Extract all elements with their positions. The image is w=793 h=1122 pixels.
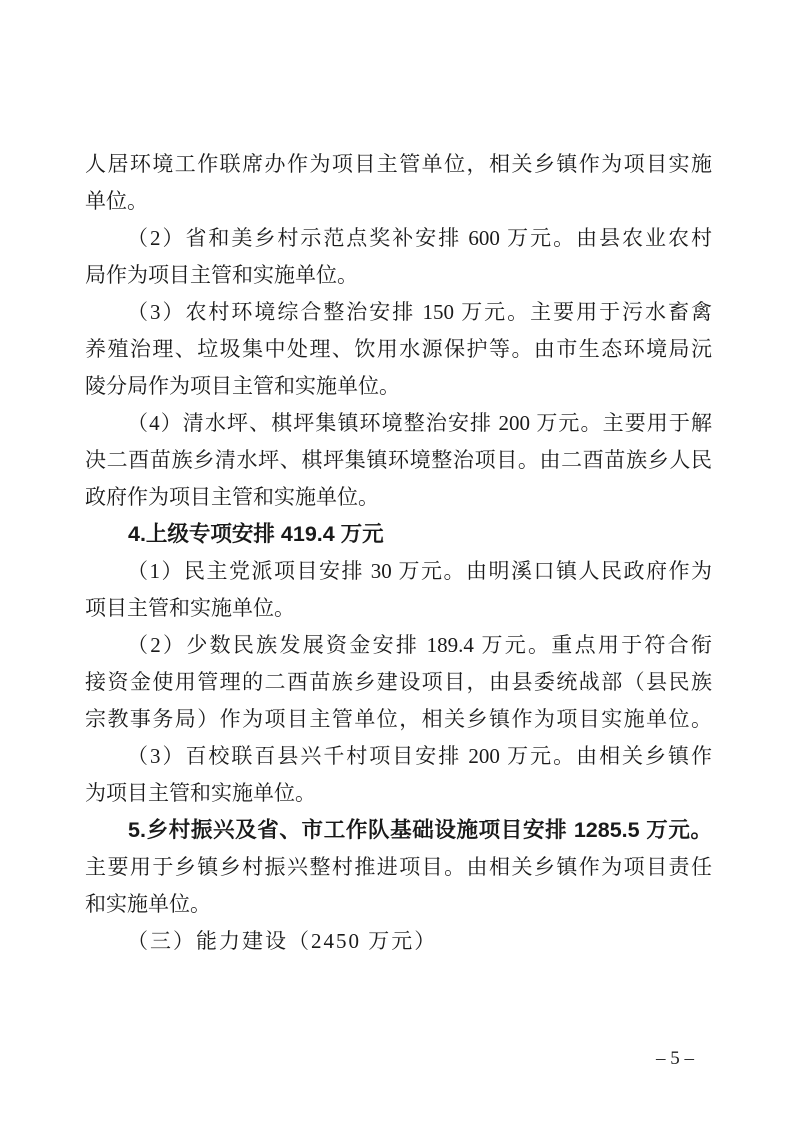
document-page: 人居环境工作联席办作为项目主管单位，相关乡镇作为项目实施单位。（2）省和美乡村示… — [0, 0, 793, 1122]
document-body: 人居环境工作联席办作为项目主管单位，相关乡镇作为项目实施单位。（2）省和美乡村示… — [85, 146, 712, 960]
page-number: – 5 – — [635, 1046, 715, 1072]
text-line: 宗教事务局）作为项目主管单位，相关乡镇作为项目实施单位。 — [85, 701, 712, 738]
paragraph: （2）省和美乡村示范点奖补安排 600 万元。由县农业农村局作为项目主管和实施单… — [85, 220, 712, 294]
text-line: （2）少数民族发展资金安排 189.4 万元。重点用于符合衔 — [85, 627, 712, 664]
text-line: 接资金使用管理的二酉苗族乡建设项目，由县委统战部（县民族 — [85, 664, 712, 701]
paragraph: （三）能力建设（2450 万元） — [85, 923, 712, 960]
paragraph: （4）清水坪、棋坪集镇环境整治安排 200 万元。主要用于解决二酉苗族乡清水坪、… — [85, 405, 712, 516]
paragraph: 4.上级专项安排 419.4 万元 — [85, 516, 712, 553]
text-line: 养殖治理、垃圾集中处理、饮用水源保护等。由市生态环境局沅 — [85, 331, 712, 368]
text-line: 为项目主管和实施单位。 — [85, 775, 712, 812]
text-line: 局作为项目主管和实施单位。 — [85, 257, 712, 294]
text-line: 决二酉苗族乡清水坪、棋坪集镇环境整治项目。由二酉苗族乡人民 — [85, 442, 712, 479]
text-line: 人居环境工作联席办作为项目主管单位，相关乡镇作为项目实施 — [85, 146, 712, 183]
paragraph: （3）百校联百县兴千村项目安排 200 万元。由相关乡镇作为项目主管和实施单位。 — [85, 738, 712, 812]
paragraph: （1）民主党派项目安排 30 万元。由明溪口镇人民政府作为项目主管和实施单位。 — [85, 553, 712, 627]
text-line: （2）省和美乡村示范点奖补安排 600 万元。由县农业农村 — [85, 220, 712, 257]
paragraph: 人居环境工作联席办作为项目主管单位，相关乡镇作为项目实施单位。 — [85, 146, 712, 220]
paragraph: （2）少数民族发展资金安排 189.4 万元。重点用于符合衔接资金使用管理的二酉… — [85, 627, 712, 738]
paragraph: （3）农村环境综合整治安排 150 万元。主要用于污水畜禽养殖治理、垃圾集中处理… — [85, 294, 712, 405]
text-line: （3）农村环境综合整治安排 150 万元。主要用于污水畜禽 — [85, 294, 712, 331]
text-line: 单位。 — [85, 183, 712, 220]
text-line: 项目主管和实施单位。 — [85, 590, 712, 627]
text-line: 主要用于乡镇乡村振兴整村推进项目。由相关乡镇作为项目责任 — [85, 849, 712, 886]
text-line: 陵分局作为项目主管和实施单位。 — [85, 368, 712, 405]
text-line: 和实施单位。 — [85, 886, 712, 923]
text-line: （3）百校联百县兴千村项目安排 200 万元。由相关乡镇作 — [85, 738, 712, 775]
text-line: 5.乡村振兴及省、市工作队基础设施项目安排 1285.5 万元。 — [85, 812, 712, 849]
text-line: 4.上级专项安排 419.4 万元 — [85, 516, 712, 553]
text-line: （1）民主党派项目安排 30 万元。由明溪口镇人民政府作为 — [85, 553, 712, 590]
text-line: （三）能力建设（2450 万元） — [85, 923, 712, 960]
text-line: 政府作为项目主管和实施单位。 — [85, 479, 712, 516]
text-line: （4）清水坪、棋坪集镇环境整治安排 200 万元。主要用于解 — [85, 405, 712, 442]
paragraph: 5.乡村振兴及省、市工作队基础设施项目安排 1285.5 万元。主要用于乡镇乡村… — [85, 812, 712, 923]
